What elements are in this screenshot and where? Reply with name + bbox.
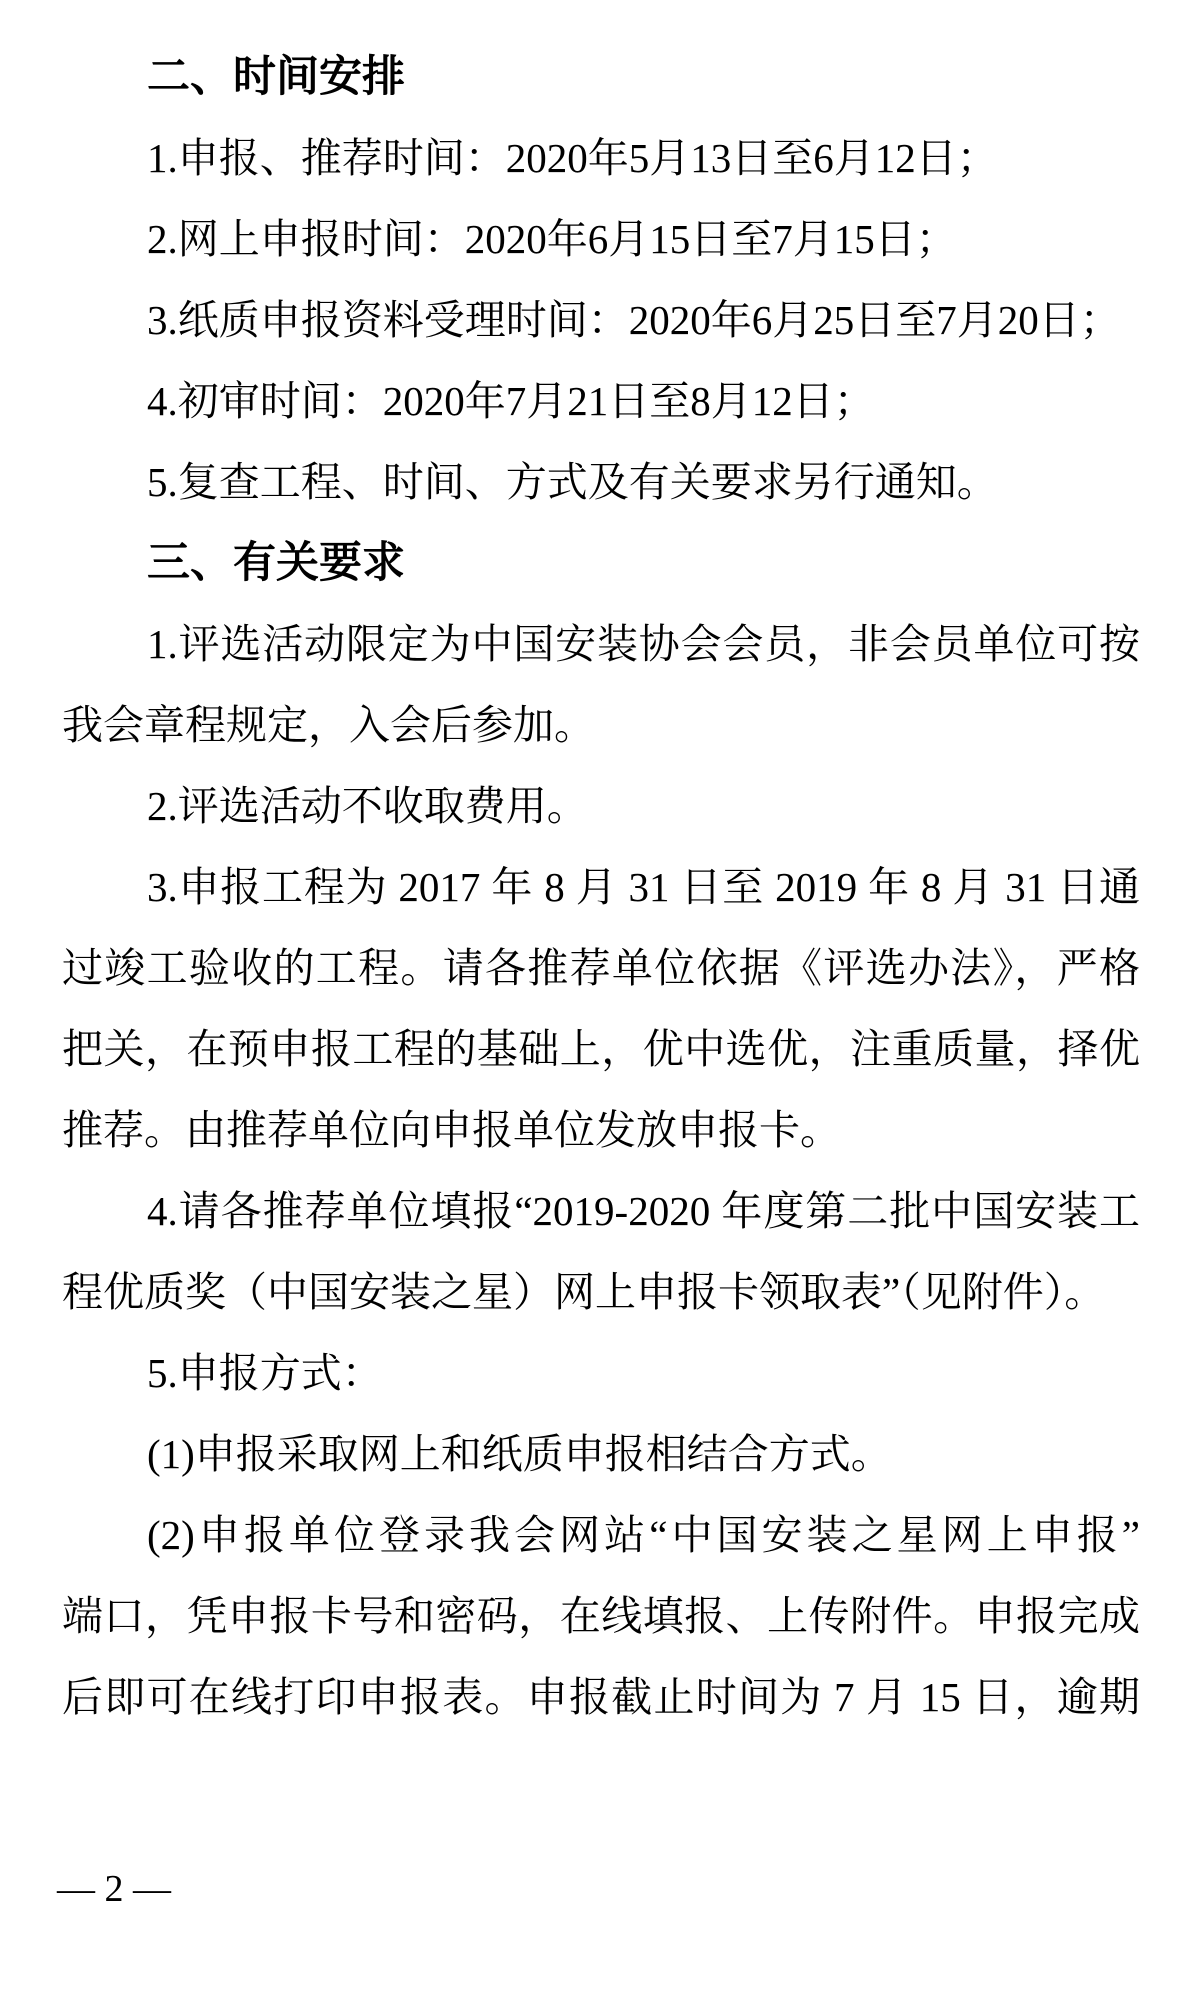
text-line: 后即可在线打印申报表。申报截止时间为 7 月 15 日，逾期 xyxy=(62,1657,1140,1738)
heading-time-schedule: 二、时间安排 xyxy=(62,37,1140,118)
requirement-5-sub-2: (2)申报单位登录我会网站“中国安装之星网上申报” 端口，凭申报卡号和密码，在线… xyxy=(62,1495,1140,1738)
text-line: 程优质奖（中国安装之星）网上申报卡领取表”（见附件）。 xyxy=(62,1252,1140,1333)
requirement-5: 5.申报方式： xyxy=(62,1333,1140,1414)
text-line: 3.申报工程为 2017 年 8 月 31 日至 2019 年 8 月 31 日… xyxy=(62,847,1140,928)
document-body: 二、时间安排 1.申报、推荐时间：2020年5月13日至6月12日； 2.网上申… xyxy=(62,37,1140,1738)
requirement-4: 4.请各推荐单位填报“2019-2020 年度第二批中国安装工 程优质奖（中国安… xyxy=(62,1171,1140,1333)
text-line: (2)申报单位登录我会网站“中国安装之星网上申报” xyxy=(62,1495,1140,1576)
text-line: 4.请各推荐单位填报“2019-2020 年度第二批中国安装工 xyxy=(62,1171,1140,1252)
text-line: 推荐。由推荐单位向申报单位发放申报卡。 xyxy=(62,1090,1140,1171)
text-line: 我会章程规定，入会后参加。 xyxy=(62,685,1140,766)
requirement-2: 2.评选活动不收取费用。 xyxy=(62,766,1140,847)
time-item-5: 5.复查工程、时间、方式及有关要求另行通知。 xyxy=(62,442,1140,523)
text-line: 把关，在预申报工程的基础上，优中选优，注重质量，择优 xyxy=(62,1009,1140,1090)
time-item-4: 4.初审时间：2020年7月21日至8月12日； xyxy=(62,361,1140,442)
heading-requirements: 三、有关要求 xyxy=(62,523,1140,604)
text-line: 5.申报方式： xyxy=(62,1333,1140,1414)
time-item-1: 1.申报、推荐时间：2020年5月13日至6月12日； xyxy=(62,118,1140,199)
time-item-3: 3.纸质申报资料受理时间：2020年6月25日至7月20日； xyxy=(62,280,1140,361)
text-line: 5.复查工程、时间、方式及有关要求另行通知。 xyxy=(62,442,1140,523)
text-line: 2.评选活动不收取费用。 xyxy=(62,766,1140,847)
text-line: (1)申报采取网上和纸质申报相结合方式。 xyxy=(62,1414,1140,1495)
document-page: 二、时间安排 1.申报、推荐时间：2020年5月13日至6月12日； 2.网上申… xyxy=(0,0,1200,2000)
page-number: — 2 — xyxy=(57,1864,171,1914)
text-line: 4.初审时间：2020年7月21日至8月12日； xyxy=(62,361,1140,442)
text-line: 端口，凭申报卡号和密码，在线填报、上传附件。申报完成 xyxy=(62,1576,1140,1657)
text-line: 1.评选活动限定为中国安装协会会员，非会员单位可按 xyxy=(62,604,1140,685)
text-line: 1.申报、推荐时间：2020年5月13日至6月12日； xyxy=(62,118,1140,199)
requirement-5-sub-1: (1)申报采取网上和纸质申报相结合方式。 xyxy=(62,1414,1140,1495)
text-line: 过竣工验收的工程。请各推荐单位依据《评选办法》，严格 xyxy=(62,928,1140,1009)
text-line: 2.网上申报时间：2020年6月15日至7月15日； xyxy=(62,199,1140,280)
requirement-3: 3.申报工程为 2017 年 8 月 31 日至 2019 年 8 月 31 日… xyxy=(62,847,1140,1171)
text-line: 3.纸质申报资料受理时间：2020年6月25日至7月20日； xyxy=(62,280,1140,361)
requirement-1: 1.评选活动限定为中国安装协会会员，非会员单位可按 我会章程规定，入会后参加。 xyxy=(62,604,1140,766)
time-item-2: 2.网上申报时间：2020年6月15日至7月15日； xyxy=(62,199,1140,280)
